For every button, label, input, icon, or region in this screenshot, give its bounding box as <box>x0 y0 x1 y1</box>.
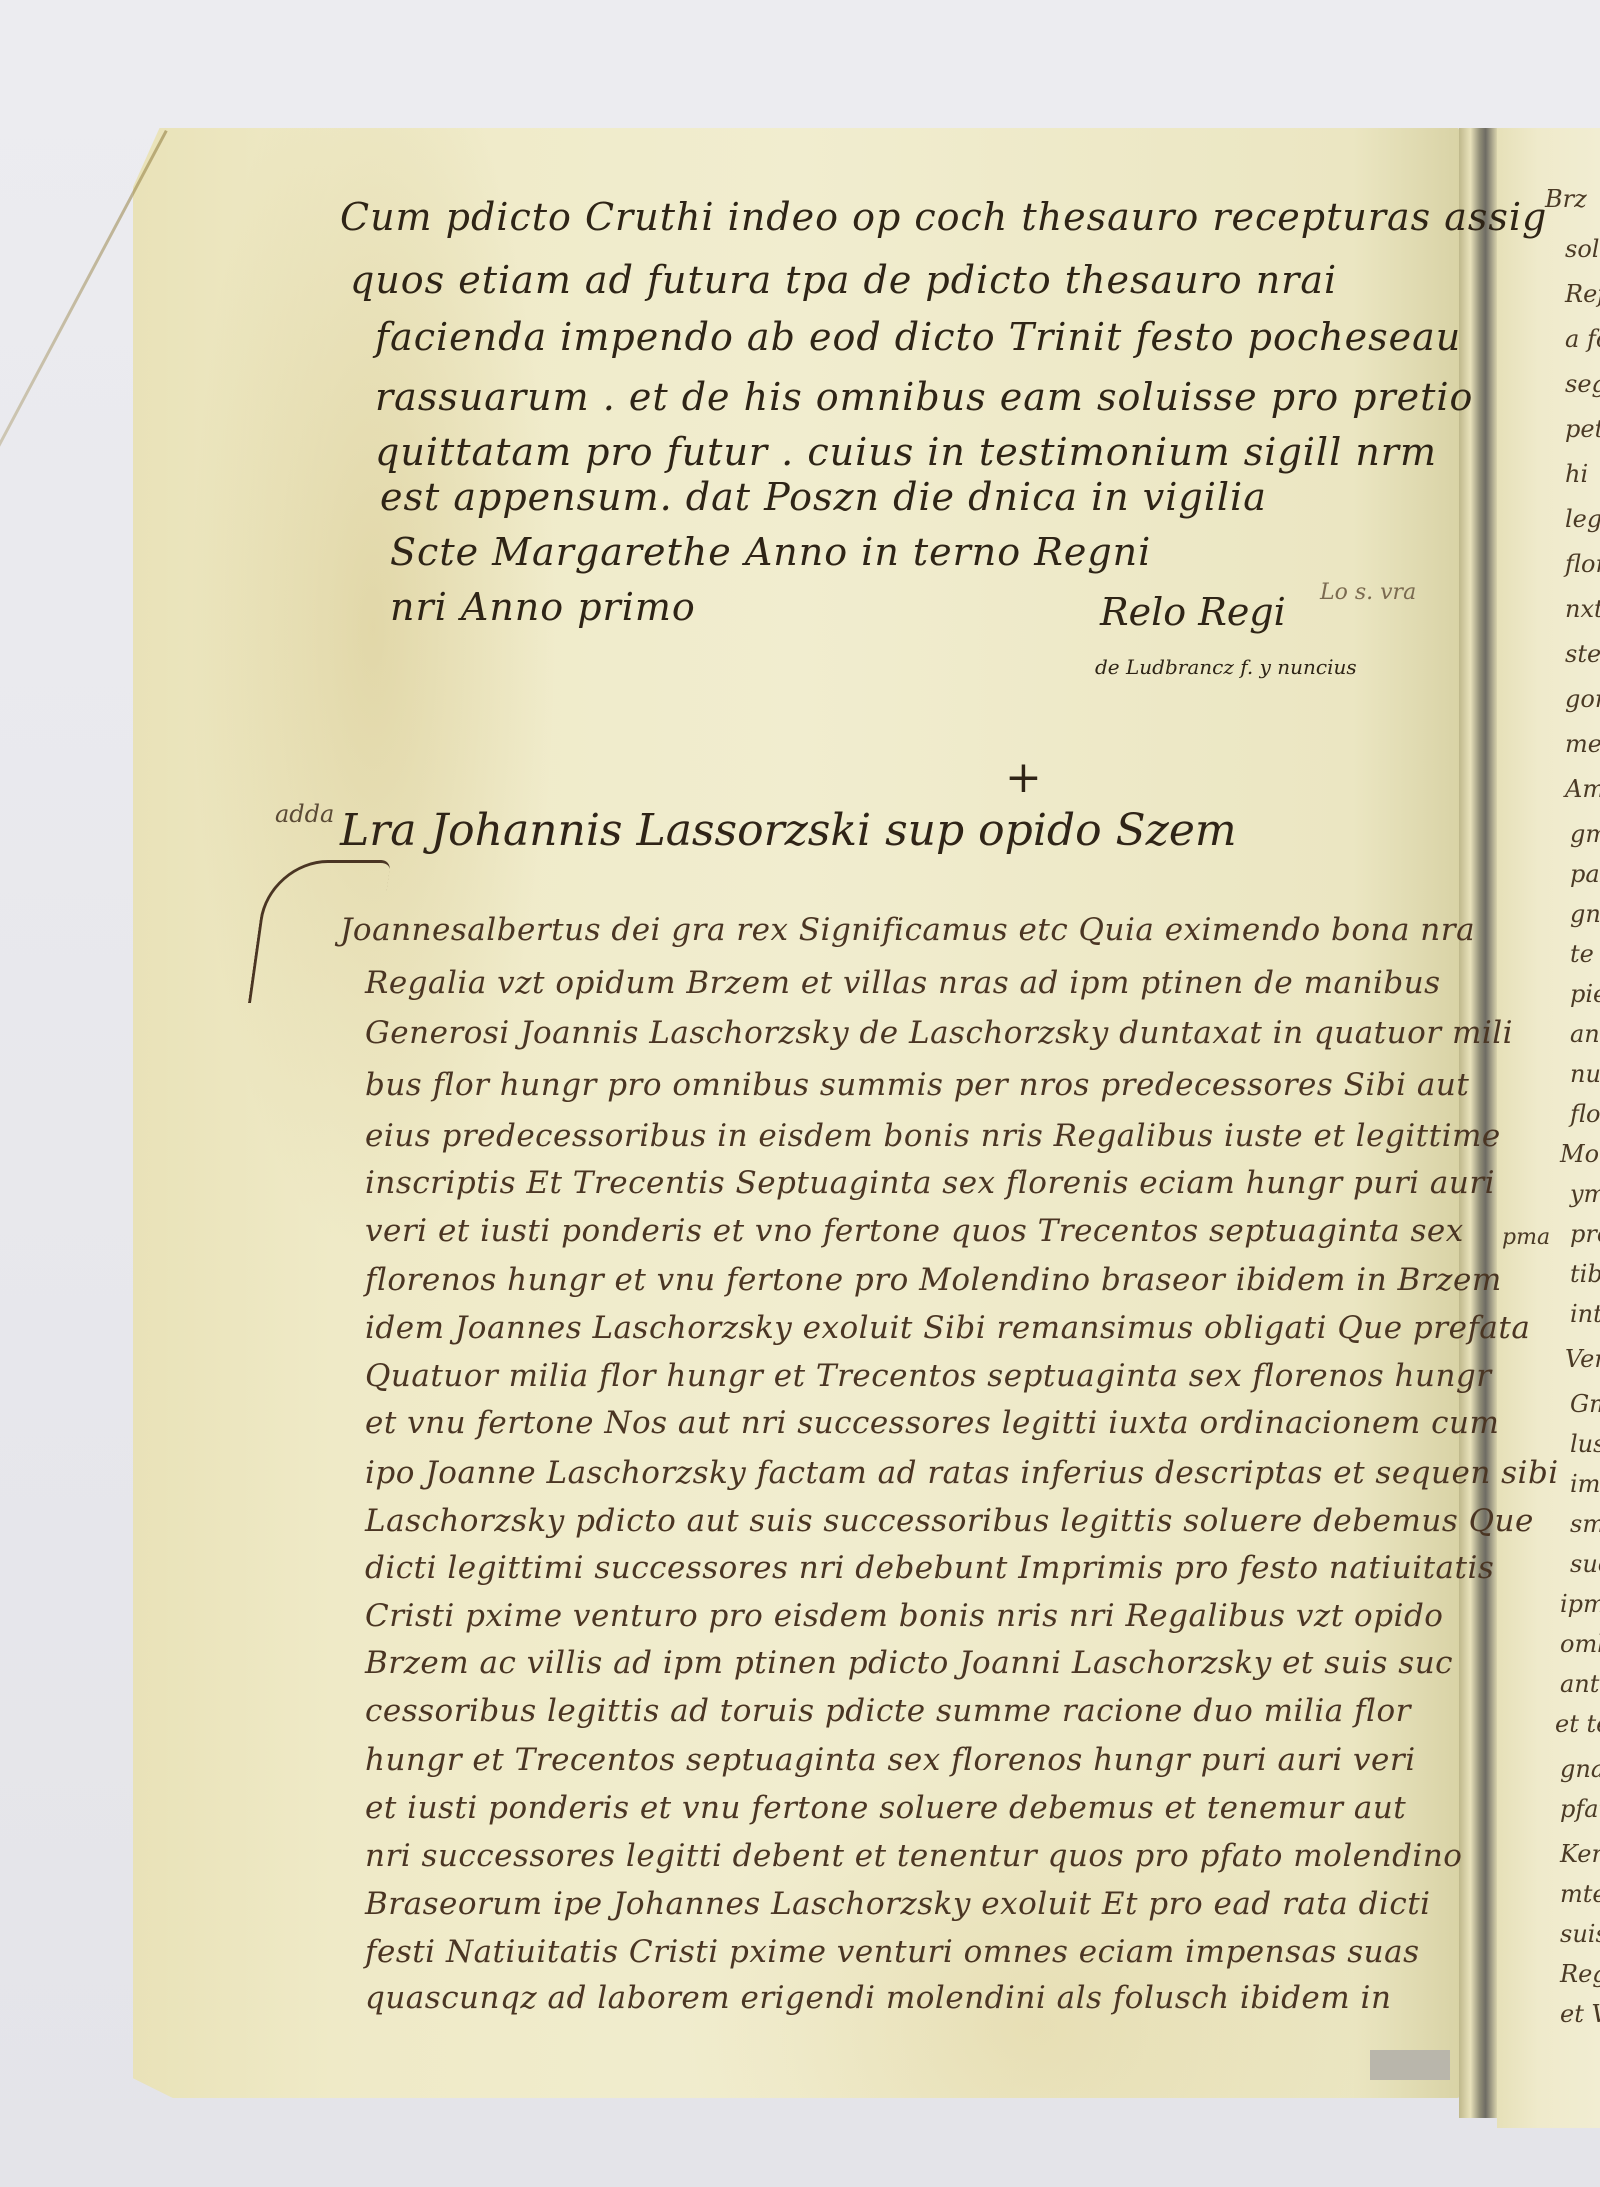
fragment: et V <box>1560 2000 1600 2028</box>
text-line: hungr et Trecentos septuaginta sex flore… <box>365 1742 1416 1778</box>
text-line: cessoribus legittis ad toruis pdicte sum… <box>365 1693 1411 1729</box>
fragment: omb <box>1560 1630 1600 1658</box>
fragment: Amn <box>1565 775 1600 803</box>
fragment: Kene <box>1560 1840 1600 1868</box>
text-line: nri successores legitti debent et tenent… <box>365 1838 1462 1874</box>
fragment: te <box>1570 940 1594 968</box>
fragment: suce <box>1570 1550 1600 1578</box>
fragment: suis <box>1560 1920 1600 1948</box>
text-line: Joannesalbertus dei gra rex Significamus… <box>340 912 1475 948</box>
fragment: Vers <box>1565 1345 1600 1373</box>
fragment: Gmy <box>1570 1390 1600 1418</box>
text-line: idem Joannes Laschorzsky exoluit Sibi re… <box>365 1310 1530 1346</box>
fragment: gom <box>1565 685 1600 713</box>
text-line: inscriptis Et Trecentis Septuaginta sex … <box>365 1165 1495 1201</box>
fragment: mtegr <box>1560 1880 1600 1908</box>
fragment: sol <box>1565 235 1599 263</box>
fragment: mer <box>1565 730 1600 758</box>
text-line: facienda impendo ab eod dicto Trinit fes… <box>375 315 1461 359</box>
fragment: et te <box>1555 1710 1600 1738</box>
fragment: Rega <box>1560 1960 1600 1988</box>
fragment: gmi <box>1570 820 1600 848</box>
text-line: nri Anno primo <box>390 585 696 629</box>
text-line: et iusti ponderis et vnu fertone soluere… <box>365 1790 1406 1826</box>
fragment: flor <box>1570 1100 1600 1128</box>
fragment: Brz <box>1545 185 1587 213</box>
fragment: pet <box>1565 415 1600 443</box>
cross-mark: + <box>1005 752 1042 803</box>
text-line: Laschorzsky pdicto aut suis successoribu… <box>365 1503 1534 1539</box>
signature: Relo Regi <box>1100 590 1286 634</box>
fragment: gnas <box>1560 1755 1600 1783</box>
text-line: Cum pdicto Cruthi indeo op coch thesauro… <box>340 195 1547 239</box>
fragment: lusc <box>1570 1430 1600 1458</box>
text-line: Quatuor milia flor hungr et Trecentos se… <box>365 1358 1492 1394</box>
fragment: nxt <box>1565 595 1600 623</box>
fragment: a fo <box>1565 325 1600 353</box>
text-line: Scte Margarethe Anno in terno Regni <box>390 530 1151 574</box>
fragment: pfat <box>1560 1795 1600 1823</box>
text-line: bus flor hungr pro omnibus summis per nr… <box>365 1067 1469 1103</box>
fragment: hi <box>1565 460 1588 488</box>
fragment: tibr <box>1570 1260 1600 1288</box>
fragment: stell <box>1565 640 1600 668</box>
text-line: ipo Joanne Laschorzsky factam ad ratas i… <box>365 1455 1559 1491</box>
signature-side-note: Lo s. vra <box>1320 580 1416 605</box>
fragment: ymn <box>1570 1180 1600 1208</box>
text-line: rassuarum . et de his omnibus eam soluis… <box>375 375 1473 419</box>
fragment: antn <box>1560 1670 1600 1698</box>
fragment: prou <box>1570 1220 1600 1248</box>
signature-note: de Ludbrancz f. y nuncius <box>1095 655 1357 679</box>
text-line: quos etiam ad futura tpa de pdicto thesa… <box>350 258 1337 302</box>
text-line: Braseorum ipe Johannes Laschorzsky exolu… <box>365 1886 1431 1922</box>
entry-heading: Lra Johannis Lassorzski sup opido Szem <box>340 805 1237 856</box>
text-line: Regalia vzt opidum Brzem et villas nras … <box>365 965 1441 1001</box>
text-line: eius predecessoribus in eisdem bonis nri… <box>365 1118 1501 1154</box>
fragment: nu <box>1570 1060 1600 1088</box>
fragment: Mol <box>1560 1140 1600 1168</box>
fragment: gnt <box>1570 900 1600 928</box>
fragment: impr <box>1570 1470 1600 1498</box>
fragment: segn <box>1565 370 1600 398</box>
fragment: sme <box>1570 1510 1600 1538</box>
text-line: est appensum. dat Poszn die dnica in vig… <box>380 475 1267 519</box>
text-line: Generosi Joannis Laschorzsky de Laschorz… <box>365 1015 1513 1051</box>
fragment: pax <box>1570 860 1600 888</box>
text-line: festi Natiuitatis Cristi pxime venturi o… <box>365 1934 1420 1970</box>
text-line: quascunqz ad laborem erigendi molendini … <box>365 1980 1391 2016</box>
text-line: dicti legittimi successores nri debebunt… <box>365 1550 1494 1586</box>
text-line: quittatam pro futur . cuius in testimoni… <box>375 430 1437 474</box>
fragment: inte <box>1570 1300 1600 1328</box>
fragment: pier <box>1570 980 1600 1008</box>
fragment: ant <box>1570 1020 1600 1048</box>
fragment: Ref <box>1565 280 1600 308</box>
fragment: legi <box>1565 505 1600 533</box>
fragment: ipm <box>1560 1590 1600 1618</box>
binding-thread <box>1370 2050 1450 2080</box>
fragment: flor <box>1565 550 1600 578</box>
text-line: et vnu fertone Nos aut nri successores l… <box>365 1405 1499 1441</box>
text-line: veri et iusti ponderis et vno fertone qu… <box>365 1213 1464 1249</box>
text-line: Cristi pxime venturo pro eisdem bonis nr… <box>365 1598 1443 1634</box>
margin-note-adda: adda <box>275 800 334 828</box>
text-line: Brzem ac villis ad ipm ptinen pdicto Joa… <box>365 1645 1453 1681</box>
facing-side-note: pma <box>1502 1225 1550 1250</box>
text-line: florenos hungr et vnu fertone pro Molend… <box>365 1262 1502 1298</box>
